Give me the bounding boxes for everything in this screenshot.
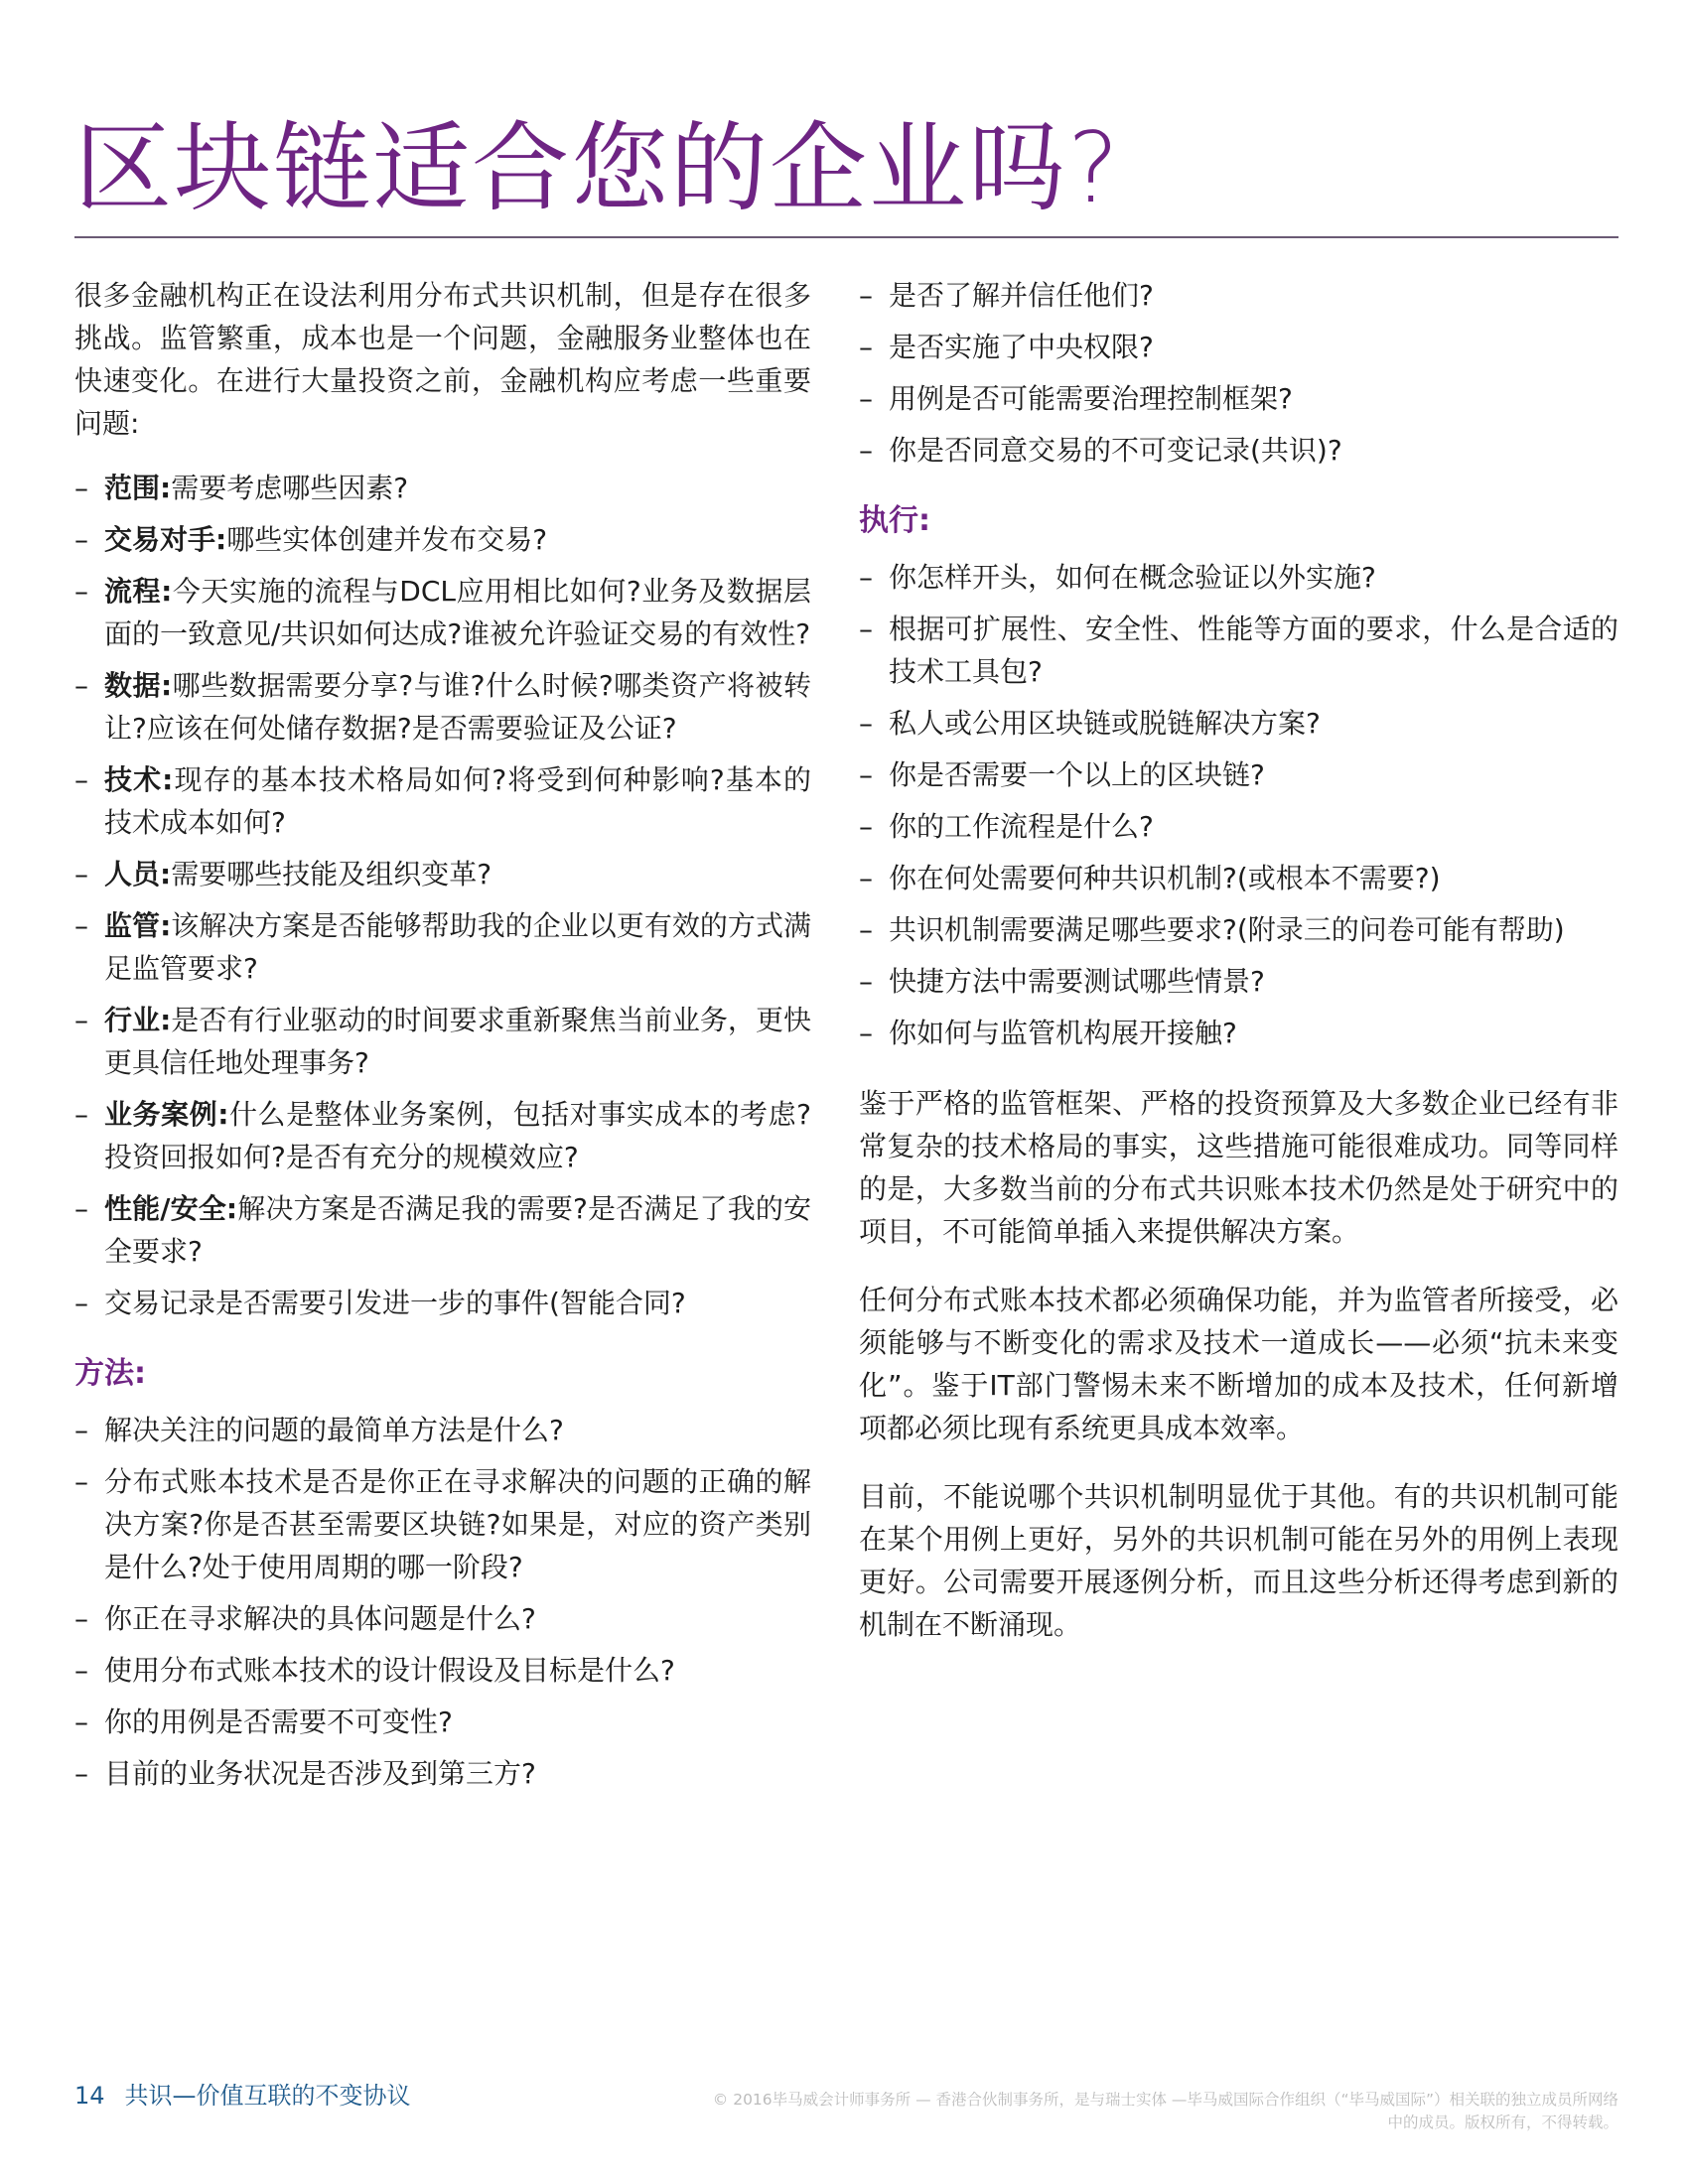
question-term: 人员: bbox=[104, 858, 171, 890]
execute-list-item: –你是否需要一个以上的区块链? bbox=[859, 753, 1618, 796]
execute-text: 私人或公用区块链或脱链解决方案? bbox=[889, 707, 1321, 740]
dash-bullet: – bbox=[859, 274, 873, 317]
question-list-item: –业务案例:什么是整体业务案例，包括对事实成本的考虑?投资回报如何?是否有充分的… bbox=[74, 1093, 811, 1178]
question-list-item: –技术:现存的基本技术格局如何?将受到何种影响?基本的技术成本如何? bbox=[74, 758, 811, 844]
question-term: 行业: bbox=[104, 1004, 171, 1036]
closing-paragraphs: 鉴于严格的监管框架、严格的投资预算及大多数企业已经有非常复杂的技术格局的事实，这… bbox=[859, 1082, 1618, 1646]
counterparty-text: 你是否同意交易的不可变记录(共识)? bbox=[889, 434, 1342, 467]
dash-bullet: – bbox=[74, 1093, 88, 1136]
copyright-notice: © 2016毕马威会计师事务所 — 香港合伙制事务所，是与瑞士实体 —毕马威国际… bbox=[713, 2089, 1618, 2134]
question-term: 业务案例: bbox=[104, 1098, 228, 1131]
dash-bullet: – bbox=[859, 908, 873, 951]
execute-text: 你的工作流程是什么? bbox=[889, 810, 1154, 843]
execute-list-item: –你在何处需要何种共识机制?(或根本不需要?) bbox=[859, 857, 1618, 899]
dash-bullet: – bbox=[74, 1701, 88, 1743]
dash-bullet: – bbox=[859, 326, 873, 368]
method-list-item: –分布式账本技术是否是你正在寻求解决的问题的正确的解决方案?你是否甚至需要区块链… bbox=[74, 1460, 811, 1588]
question-term: 监管: bbox=[104, 909, 171, 942]
two-column-body: 很多金融机构正在设法利用分布式共识机制，但是存在很多挑战。监管繁重，成本也是一个… bbox=[74, 274, 1618, 1804]
page-number: 14 bbox=[74, 2082, 105, 2110]
question-list-item: –数据:哪些数据需要分享?与谁?什么时候?哪类资产将被转让?应该在何处储存数据?… bbox=[74, 664, 811, 750]
execute-list-item: –私人或公用区块链或脱链解决方案? bbox=[859, 702, 1618, 745]
question-list-item: –人员:需要哪些技能及组织变革? bbox=[74, 853, 811, 895]
method-text: 分布式账本技术是否是你正在寻求解决的问题的正确的解决方案?你是否甚至需要区块链?… bbox=[104, 1465, 811, 1583]
question-text: 今天实施的流程与DCL应用相比如何?业务及数据层面的一致意见/共识如何达成?谁被… bbox=[104, 575, 811, 650]
dash-bullet: – bbox=[859, 429, 873, 472]
method-text: 使用分布式账本技术的设计假设及目标是什么? bbox=[104, 1654, 675, 1687]
method-list: –解决关注的问题的最简单方法是什么? –分布式账本技术是否是你正在寻求解决的问题… bbox=[74, 1409, 811, 1795]
dash-bullet: – bbox=[859, 1012, 873, 1054]
dash-bullet: – bbox=[74, 570, 88, 613]
left-column: 很多金融机构正在设法利用分布式共识机制，但是存在很多挑战。监管繁重，成本也是一个… bbox=[74, 274, 811, 1804]
question-text: 是否有行业驱动的时间要求重新聚焦当前业务，更快更具信任地处理事务? bbox=[104, 1004, 811, 1079]
body-paragraph: 任何分布式账本技术都必须确保功能，并为监管者所接受，必须能够与不断变化的需求及技… bbox=[859, 1279, 1618, 1449]
dash-bullet: – bbox=[74, 853, 88, 895]
dash-bullet: – bbox=[859, 556, 873, 599]
question-list-item: –流程:今天实施的流程与DCL应用相比如何?业务及数据层面的一致意见/共识如何达… bbox=[74, 570, 811, 655]
question-list-item: –监管:该解决方案是否能够帮助我的企业以更有效的方式满足监管要求? bbox=[74, 904, 811, 990]
method-text: 你的用例是否需要不可变性? bbox=[104, 1706, 453, 1738]
execute-heading: 执行: bbox=[859, 499, 1618, 542]
question-text: 该解决方案是否能够帮助我的企业以更有效的方式满足监管要求? bbox=[104, 909, 811, 985]
dash-bullet: – bbox=[859, 608, 873, 650]
dash-bullet: – bbox=[74, 1187, 88, 1230]
dash-bullet: – bbox=[74, 518, 88, 561]
counterparty-text: 是否实施了中央权限? bbox=[889, 331, 1154, 363]
question-text: 现存的基本技术格局如何?将受到何种影响?基本的技术成本如何? bbox=[104, 763, 811, 839]
execute-list-item: –快捷方法中需要测试哪些情景? bbox=[859, 960, 1618, 1003]
counterparty-list-item: –用例是否可能需要治理控制框架? bbox=[859, 377, 1618, 420]
method-list-item: –你的用例是否需要不可变性? bbox=[74, 1701, 811, 1743]
key-questions-list: –范围:需要考虑哪些因素? –交易对手:哪些实体创建并发布交易? –流程:今天实… bbox=[74, 467, 811, 1324]
dash-bullet: – bbox=[74, 904, 88, 947]
dash-bullet: – bbox=[74, 1460, 88, 1503]
execute-text: 根据可扩展性、安全性、性能等方面的要求，什么是合适的技术工具包? bbox=[889, 613, 1618, 688]
execute-list: –你怎样开头，如何在概念验证以外实施? –根据可扩展性、安全性、性能等方面的要求… bbox=[859, 556, 1618, 1054]
question-text: 需要哪些技能及组织变革? bbox=[171, 858, 492, 890]
dash-bullet: – bbox=[859, 960, 873, 1003]
question-term: 性能/安全: bbox=[104, 1192, 237, 1225]
dash-bullet: – bbox=[74, 758, 88, 801]
execute-list-item: –你的工作流程是什么? bbox=[859, 805, 1618, 848]
dash-bullet: – bbox=[859, 753, 873, 796]
counterparty-questions-list: –是否了解并信任他们? –是否实施了中央权限? –用例是否可能需要治理控制框架?… bbox=[859, 274, 1618, 472]
counterparty-list-item: –你是否同意交易的不可变记录(共识)? bbox=[859, 429, 1618, 472]
method-list-item: –你正在寻求解决的具体问题是什么? bbox=[74, 1597, 811, 1640]
execute-list-item: –共识机制需要满足哪些要求?(附录三的问卷可能有帮助) bbox=[859, 908, 1618, 951]
dash-bullet: – bbox=[74, 1649, 88, 1692]
method-text: 解决关注的问题的最简单方法是什么? bbox=[104, 1414, 564, 1446]
execute-text: 你如何与监管机构展开接触? bbox=[889, 1017, 1237, 1049]
question-term: 范围: bbox=[104, 472, 171, 504]
page-title: 区块链适合您的企业吗? bbox=[74, 117, 1618, 222]
copyright-line-1: © 2016毕马威会计师事务所 — 香港合伙制事务所，是与瑞士实体 —毕马威国际… bbox=[713, 2089, 1618, 2112]
footer-left: 14共识—价值互联的不变协议 bbox=[74, 2076, 411, 2111]
method-list-item: –目前的业务状况是否涉及到第三方? bbox=[74, 1752, 811, 1795]
question-list-item: –性能/安全:解决方案是否满足我的需要?是否满足了我的安全要求? bbox=[74, 1187, 811, 1273]
body-paragraph: 目前，不能说哪个共识机制明显优于其他。有的共识机制可能在某个用例上更好，另外的共… bbox=[859, 1475, 1618, 1646]
question-list-item: –交易记录是否需要引发进一步的事件(智能合同? bbox=[74, 1282, 811, 1324]
dash-bullet: – bbox=[74, 467, 88, 509]
counterparty-list-item: –是否了解并信任他们? bbox=[859, 274, 1618, 317]
counterparty-text: 是否了解并信任他们? bbox=[889, 279, 1154, 312]
question-term: 数据: bbox=[104, 669, 172, 702]
right-column: –是否了解并信任他们? –是否实施了中央权限? –用例是否可能需要治理控制框架?… bbox=[859, 274, 1618, 1804]
dash-bullet: – bbox=[74, 664, 88, 707]
dash-bullet: – bbox=[74, 1752, 88, 1795]
dash-bullet: – bbox=[74, 1282, 88, 1324]
method-list-item: –使用分布式账本技术的设计假设及目标是什么? bbox=[74, 1649, 811, 1692]
dash-bullet: – bbox=[74, 1597, 88, 1640]
dash-bullet: – bbox=[74, 999, 88, 1041]
execute-list-item: –你怎样开头，如何在概念验证以外实施? bbox=[859, 556, 1618, 599]
document-page: 区块链适合您的企业吗? 很多金融机构正在设法利用分布式共识机制，但是存在很多挑战… bbox=[0, 0, 1688, 2184]
method-list-item: –解决关注的问题的最简单方法是什么? bbox=[74, 1409, 811, 1451]
title-divider bbox=[74, 236, 1618, 238]
question-text: 哪些实体创建并发布交易? bbox=[226, 523, 547, 556]
execute-text: 你是否需要一个以上的区块链? bbox=[889, 758, 1265, 791]
execute-text: 你怎样开头，如何在概念验证以外实施? bbox=[889, 561, 1376, 594]
dash-bullet: – bbox=[859, 805, 873, 848]
dash-bullet: – bbox=[74, 1409, 88, 1451]
copyright-line-2: 中的成员。版权所有，不得转载。 bbox=[713, 2112, 1618, 2134]
execute-text: 快捷方法中需要测试哪些情景? bbox=[889, 965, 1265, 998]
question-term: 流程: bbox=[104, 575, 172, 608]
dash-bullet: – bbox=[859, 377, 873, 420]
question-term: 交易对手: bbox=[104, 523, 226, 556]
method-text: 目前的业务状况是否涉及到第三方? bbox=[104, 1757, 536, 1790]
intro-paragraph: 很多金融机构正在设法利用分布式共识机制，但是存在很多挑战。监管繁重，成本也是一个… bbox=[74, 274, 811, 445]
question-term: 技术: bbox=[104, 763, 173, 796]
dash-bullet: – bbox=[859, 857, 873, 899]
body-paragraph: 鉴于严格的监管框架、严格的投资预算及大多数企业已经有非常复杂的技术格局的事实，这… bbox=[859, 1082, 1618, 1253]
question-list-item: –行业:是否有行业驱动的时间要求重新聚焦当前业务，更快更具信任地处理事务? bbox=[74, 999, 811, 1084]
execute-text: 你在何处需要何种共识机制?(或根本不需要?) bbox=[889, 862, 1441, 894]
question-text: 交易记录是否需要引发进一步的事件(智能合同? bbox=[104, 1287, 686, 1319]
question-list-item: –范围:需要考虑哪些因素? bbox=[74, 467, 811, 509]
execute-list-item: –根据可扩展性、安全性、性能等方面的要求，什么是合适的技术工具包? bbox=[859, 608, 1618, 693]
execute-list-item: –你如何与监管机构展开接触? bbox=[859, 1012, 1618, 1054]
dash-bullet: – bbox=[859, 702, 873, 745]
method-heading: 方法: bbox=[74, 1352, 811, 1395]
question-text: 需要考虑哪些因素? bbox=[171, 472, 408, 504]
counterparty-list-item: –是否实施了中央权限? bbox=[859, 326, 1618, 368]
question-text: 哪些数据需要分享?与谁?什么时候?哪类资产将被转让?应该在何处储存数据?是否需要… bbox=[104, 669, 811, 745]
question-list-item: –交易对手:哪些实体创建并发布交易? bbox=[74, 518, 811, 561]
doc-title: 共识—价值互联的不变协议 bbox=[125, 2082, 411, 2110]
execute-text: 共识机制需要满足哪些要求?(附录三的问卷可能有帮助) bbox=[889, 913, 1565, 946]
method-text: 你正在寻求解决的具体问题是什么? bbox=[104, 1602, 536, 1635]
counterparty-text: 用例是否可能需要治理控制框架? bbox=[889, 382, 1293, 415]
